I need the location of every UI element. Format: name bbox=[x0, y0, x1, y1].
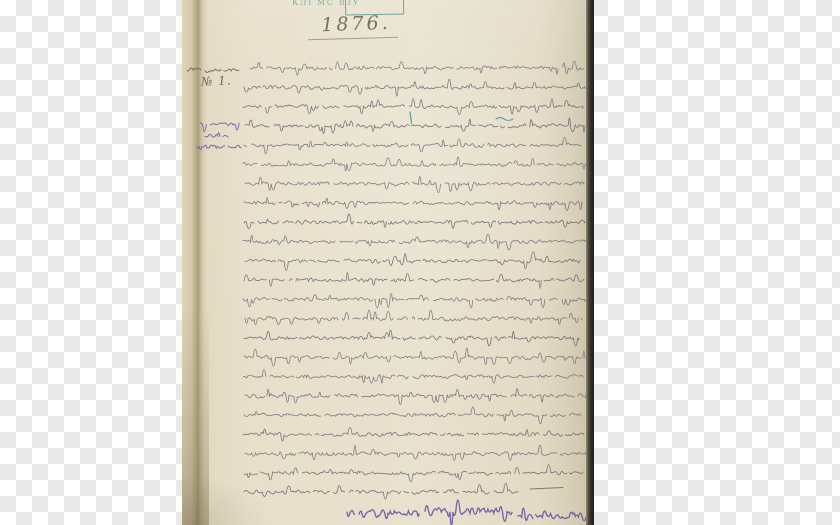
body-handwriting-lines bbox=[243, 61, 586, 499]
teal-correction-marks bbox=[410, 112, 513, 123]
margin-entry-word-stroke bbox=[187, 68, 239, 73]
transparency-checkerboard-background: КЛІ МС ВЗУ 1876. № 1. bbox=[0, 0, 840, 525]
book-spine-shadow bbox=[586, 0, 594, 525]
document-scan: КЛІ МС ВЗУ 1876. № 1. bbox=[182, 0, 594, 525]
handwriting-svg bbox=[182, 0, 594, 525]
signature-stroke bbox=[347, 500, 590, 525]
purple-margin-note-stroke bbox=[197, 123, 241, 150]
